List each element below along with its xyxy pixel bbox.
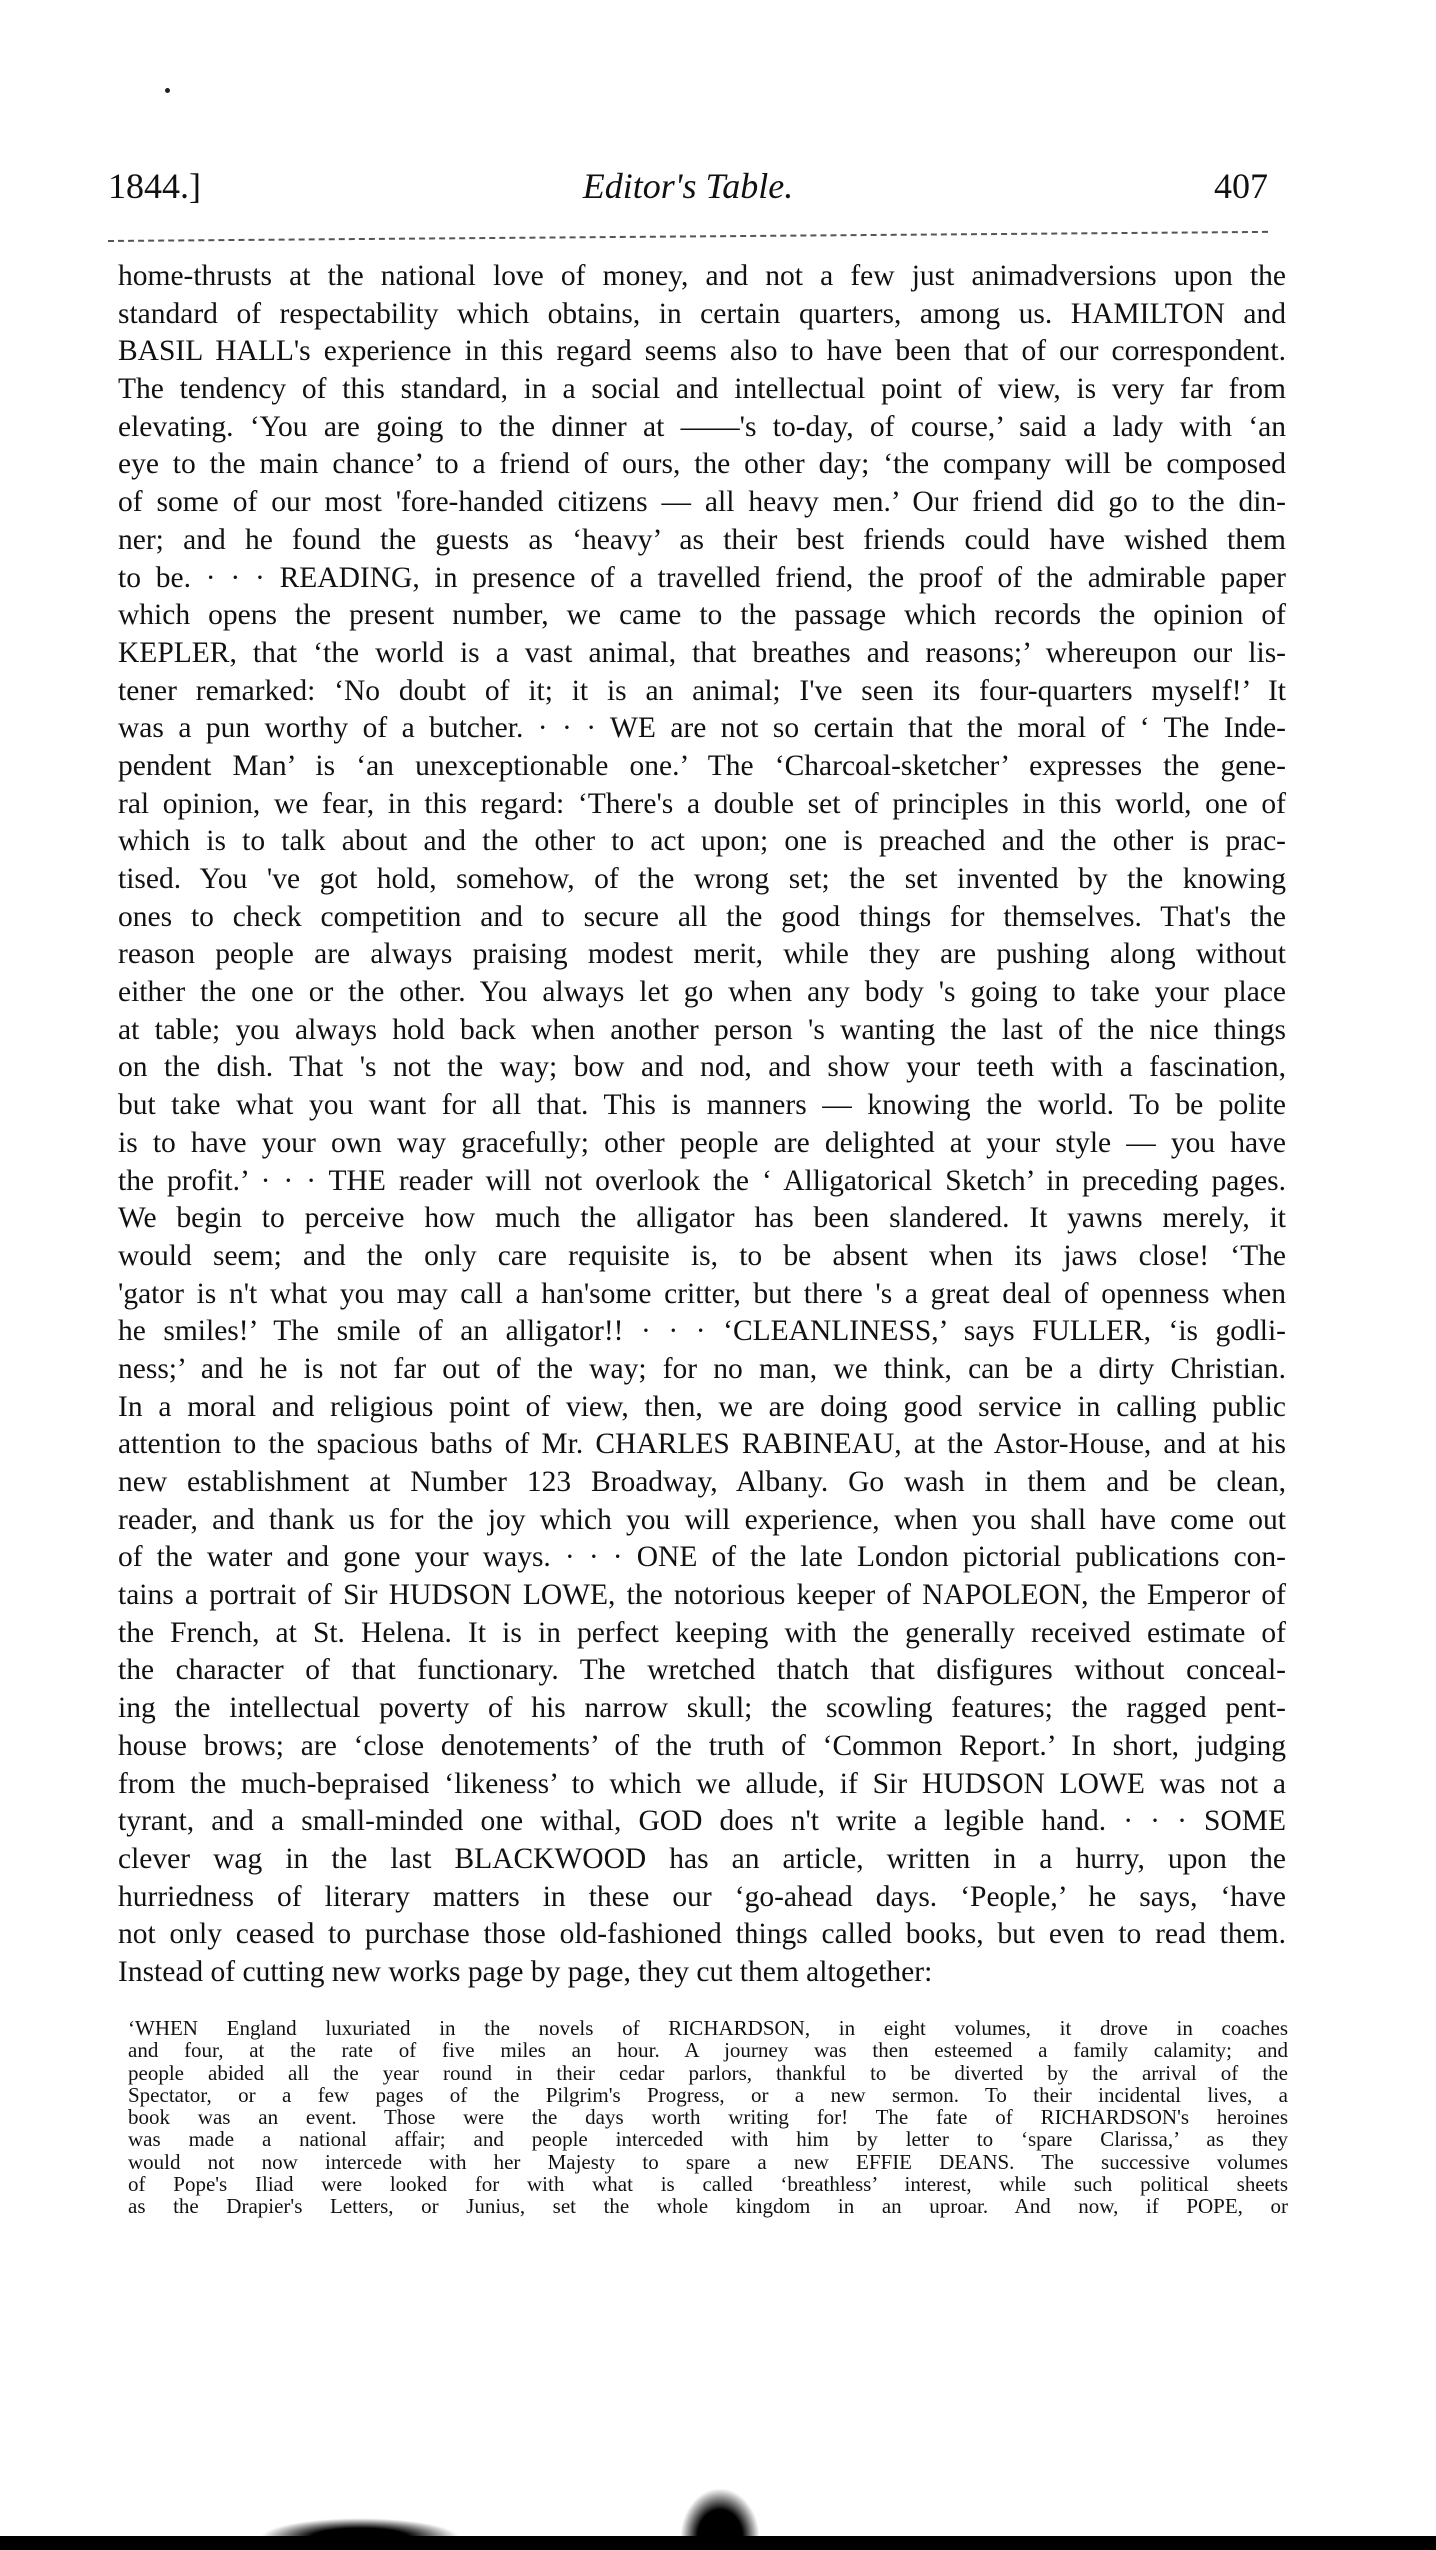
running-header: 1844.] Editor's Table. 407 bbox=[108, 165, 1268, 215]
text-line: attention to the spacious baths of Mr. C… bbox=[118, 1426, 1286, 1464]
header-title: Editor's Table. bbox=[108, 165, 1268, 207]
text-line: tains a portrait of Sir HUDSON LOWE, the… bbox=[118, 1577, 1286, 1615]
text-line: We begin to perceive how much the alliga… bbox=[118, 1200, 1286, 1238]
footnote-line: ‘WHEN England luxuriated in the novels o… bbox=[128, 2017, 1288, 2039]
text-line: to be. · · · READING, in presence of a t… bbox=[118, 560, 1286, 598]
ink-speck bbox=[165, 88, 170, 93]
text-line: house brows; are ‘close denotements’ of … bbox=[118, 1728, 1286, 1766]
footnote-line: of Pope's Iliad were looked for with wha… bbox=[128, 2173, 1288, 2195]
text-line: KEPLER, that ‘the world is a vast animal… bbox=[118, 635, 1286, 673]
text-line: pendent Man’ is ‘an unexceptionable one.… bbox=[118, 748, 1286, 786]
text-line: Instead of cutting new works page by pag… bbox=[118, 1954, 1286, 1992]
text-line: ing the intellectual poverty of his narr… bbox=[118, 1690, 1286, 1728]
text-line: tised. You 've got hold, somehow, of the… bbox=[118, 861, 1286, 899]
text-line: In a moral and religious point of view, … bbox=[118, 1389, 1286, 1427]
text-line: tyrant, and a small-minded one withal, G… bbox=[118, 1803, 1286, 1841]
footnote-line: would not now intercede with her Majesty… bbox=[128, 2151, 1288, 2173]
header-rule bbox=[108, 231, 1268, 242]
text-line: clever wag in the last BLACKWOOD has an … bbox=[118, 1841, 1286, 1879]
text-line: the profit.’ · · · THE reader will not o… bbox=[118, 1163, 1286, 1201]
text-line: 'gator is n't what you may call a han'so… bbox=[118, 1276, 1286, 1314]
text-line: either the one or the other. You always … bbox=[118, 974, 1286, 1012]
text-line: ness;’ and he is not far out of the way;… bbox=[118, 1351, 1286, 1389]
text-line: of the water and gone your ways. · · · O… bbox=[118, 1539, 1286, 1577]
body-text: home-thrusts at the national love of mon… bbox=[118, 258, 1286, 1992]
text-line: tener remarked: ‘No doubt of it; it is a… bbox=[118, 673, 1286, 711]
text-line: ner; and he found the guests as ‘heavy’ … bbox=[118, 522, 1286, 560]
text-line: ral opinion, we fear, in this regard: ‘T… bbox=[118, 786, 1286, 824]
text-line: at table; you always hold back when anot… bbox=[118, 1012, 1286, 1050]
footnote-line: as the Drapier's Letters, or Junius, set… bbox=[128, 2195, 1288, 2217]
footnote-line: was made a national affair; and people i… bbox=[128, 2128, 1288, 2150]
text-line: home-thrusts at the national love of mon… bbox=[118, 258, 1286, 296]
text-line: not only ceased to purchase those old-fa… bbox=[118, 1916, 1286, 1954]
text-line: BASIL HALL's experience in this regard s… bbox=[118, 333, 1286, 371]
text-line: new establishment at Number 123 Broadway… bbox=[118, 1464, 1286, 1502]
footnote-line: and four, at the rate of five miles an h… bbox=[128, 2039, 1288, 2061]
text-line: eye to the main chance’ to a friend of o… bbox=[118, 446, 1286, 484]
scan-edge-blot bbox=[260, 2518, 460, 2538]
text-line: hurriedness of literary matters in these… bbox=[118, 1879, 1286, 1917]
text-line: would seem; and the only care requisite … bbox=[118, 1238, 1286, 1276]
text-line: reason people are always praising modest… bbox=[118, 936, 1286, 974]
text-line: which opens the present number, we came … bbox=[118, 597, 1286, 635]
text-line: reader, and thank us for the joy which y… bbox=[118, 1502, 1286, 1540]
text-line: from the much-bepraised ‘likeness’ to wh… bbox=[118, 1766, 1286, 1804]
footnote-line: Spectator, or a few pages of the Pilgrim… bbox=[128, 2084, 1288, 2106]
text-line: is to have your own way gracefully; othe… bbox=[118, 1125, 1286, 1163]
text-line: was a pun worthy of a butcher. · · · WE … bbox=[118, 710, 1286, 748]
text-line: The tendency of this standard, in a soci… bbox=[118, 371, 1286, 409]
footnote-quote: ‘WHEN England luxuriated in the novels o… bbox=[128, 2017, 1288, 2218]
footnote-line: book was an event. Those were the days w… bbox=[128, 2106, 1288, 2128]
text-line: standard of respectability which obtains… bbox=[118, 296, 1286, 334]
text-line: which is to talk about and the other to … bbox=[118, 823, 1286, 861]
text-line: the character of that functionary. The w… bbox=[118, 1652, 1286, 1690]
footnote-line: people abided all the year round in thei… bbox=[128, 2062, 1288, 2084]
text-line: elevating. ‘You are going to the dinner … bbox=[118, 409, 1286, 447]
page-number: 407 bbox=[1214, 165, 1268, 207]
text-line: on the dish. That 's not the way; bow an… bbox=[118, 1049, 1286, 1087]
text-line: he smiles!’ The smile of an alligator!! … bbox=[118, 1313, 1286, 1351]
text-line: of some of our most 'fore-handed citizen… bbox=[118, 484, 1286, 522]
scan-edge-blot bbox=[680, 2488, 760, 2538]
text-line: but take what you want for all that. Thi… bbox=[118, 1087, 1286, 1125]
text-line: ones to check competition and to secure … bbox=[118, 899, 1286, 937]
scan-edge bbox=[0, 2536, 1436, 2550]
text-line: the French, at St. Helena. It is in perf… bbox=[118, 1615, 1286, 1653]
